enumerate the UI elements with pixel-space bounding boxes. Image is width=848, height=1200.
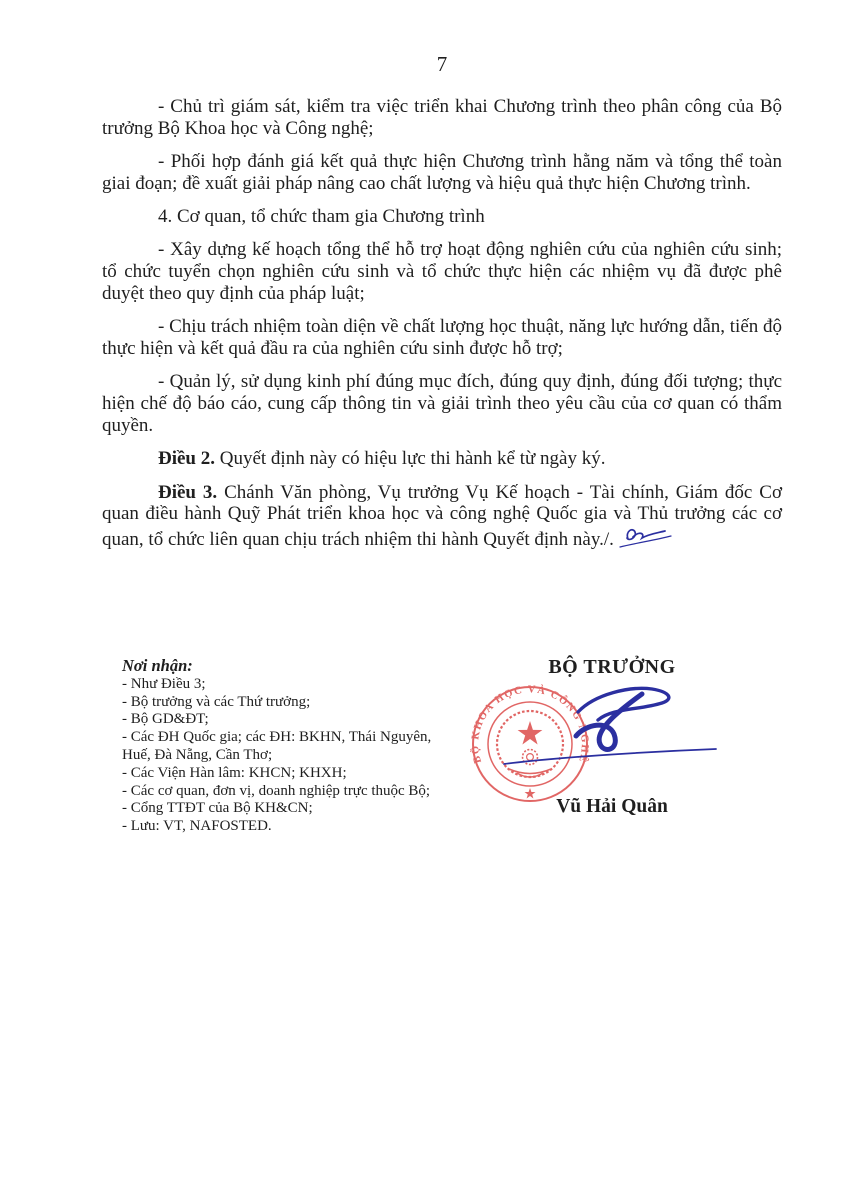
article-label: Điều 3. [158, 482, 217, 503]
paragraph-text: Quyết định này có hiệu lực thi hành kể t… [215, 448, 605, 469]
paragraph: - Chịu trách nhiệm toàn diện về chất lượ… [102, 316, 782, 360]
initial-signature-icon [618, 525, 673, 551]
recipients-block: Nơi nhận: - Như Điều 3; - Bộ trưởng và c… [122, 657, 432, 836]
recipient-line: - Lưu: VT, NAFOSTED. [122, 818, 432, 836]
recipient-line: - Các Viện Hàn lâm: KHCN; KHXH; [122, 765, 432, 783]
paragraph-text: 4. Cơ quan, tổ chức tham gia Chương trìn… [158, 206, 485, 227]
paragraph-text: - Phối hợp đánh giá kết quả thực hiện Ch… [102, 151, 782, 194]
recipient-line: - Như Điều 3; [122, 676, 432, 694]
signer-name: Vũ Hải Quân [500, 796, 724, 818]
article-label: Điều 2. [158, 448, 215, 469]
paragraph-text: - Chịu trách nhiệm toàn diện về chất lượ… [102, 316, 782, 359]
paragraph-text: - Quản lý, sử dụng kinh phí đúng mục đíc… [102, 371, 782, 436]
paragraph: - Quản lý, sử dụng kinh phí đúng mục đíc… [102, 371, 782, 436]
page-number: 7 [102, 52, 782, 77]
signature-scribble [490, 678, 730, 778]
paragraph: - Phối hợp đánh giá kết quả thực hiện Ch… [102, 151, 782, 195]
recipient-line: - Bộ trưởng và các Thứ trưởng; [122, 694, 432, 712]
document-page: 7 - Chủ trì giám sát, kiểm tra việc triể… [0, 0, 848, 1200]
document-body: - Chủ trì giám sát, kiểm tra việc triển … [102, 96, 782, 563]
minister-title: BỘ TRƯỞNG [480, 656, 744, 679]
recipient-line: - Các ĐH Quốc gia; các ĐH: BKHN, Thái Ng… [122, 729, 432, 765]
paragraph: - Chủ trì giám sát, kiểm tra việc triển … [102, 96, 782, 140]
article-3: Điều 3. Chánh Văn phòng, Vụ trưởng Vụ Kế… [102, 482, 782, 552]
paragraph-text: - Chủ trì giám sát, kiểm tra việc triển … [102, 96, 782, 139]
recipient-line: - Các cơ quan, đơn vị, doanh nghiệp trực… [122, 783, 432, 801]
paragraph: - Xây dựng kế hoạch tổng thể hỗ trợ hoạt… [102, 239, 782, 304]
recipient-line: - Cổng TTĐT của Bộ KH&CN; [122, 800, 432, 818]
section-heading: 4. Cơ quan, tổ chức tham gia Chương trìn… [102, 206, 782, 228]
paragraph-text: - Xây dựng kế hoạch tổng thể hỗ trợ hoạt… [102, 239, 782, 304]
recipient-line: - Bộ GD&ĐT; [122, 711, 432, 729]
recipients-label: Nơi nhận: [122, 657, 432, 675]
article-2: Điều 2. Quyết định này có hiệu lực thi h… [102, 448, 782, 470]
